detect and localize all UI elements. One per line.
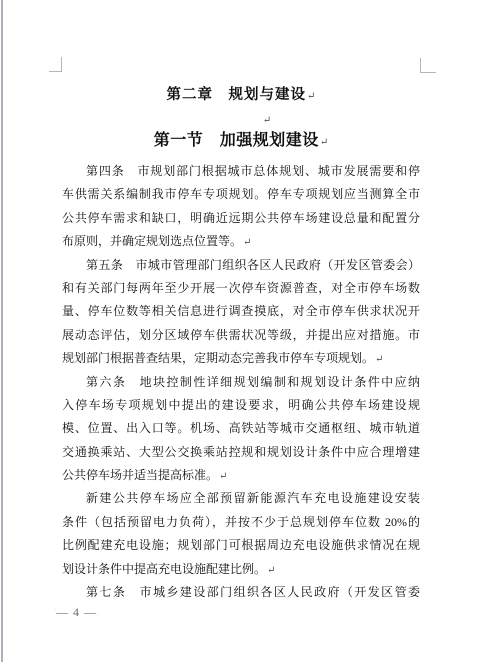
text-line[interactable]: 展动态评估，划分区域停车供需状况等级，并提出应对措施。市 [62,324,420,347]
paragraph-mark-icon: ↵ [267,565,275,576]
paragraph-mark-icon: ↵ [375,354,383,365]
text-line[interactable]: 量、停车位数等相关信息进行调查摸底，对全市停车供求状况开 [62,300,420,323]
section-heading[interactable]: 第一节 加强规划建设↵ [62,129,420,153]
text-line[interactable]: 第七条 市城乡建设部门组织各区人民政府（开发区管委 [62,581,420,604]
text-line[interactable]: 车供需关系编制我市停车专项规划。停车专项规划应当测算全市 [62,183,420,206]
paragraph-mark-icon: ↵ [219,471,227,482]
text-line[interactable]: 比例配建充电设施；规划部门可根据周边充电设施供求情况在规 [62,534,420,557]
text-line[interactable]: 第五条 市城市管理部门组织各区人民政府（开发区管委会） [62,254,420,277]
page-number: ·— 4 —· [54,602,99,618]
paragraph[interactable]: 第六条 地块控制性详细规划编制和规划设计条件中应纳入停车场专项规划中提出的建设要… [62,371,420,488]
text-line[interactable]: 第六条 地块控制性详细规划编制和规划设计条件中应纳 [62,371,420,394]
chapter-heading[interactable]: 第二章 规划与建设↵ [62,84,420,107]
text-line[interactable]: 交通换乘站、大型公交换乘站控规和规划设计条件中应合理增建 [62,441,420,464]
page-edge-line [1,0,3,662]
text-line[interactable]: 布原则，并确定规划选点位置等。↵ [62,230,420,253]
paragraph-mark-icon: ↵ [307,91,315,102]
paragraph[interactable]: 第七条 市城乡建设部门组织各区人民政府（开发区管委 [62,581,420,604]
margin-crop-mark-top-right-icon [420,58,436,73]
chapter-heading-text: 第二章 规划与建设 [167,87,307,103]
text-line[interactable]: 第四条 市规划部门根据城市总体规划、城市发展需要和停 [62,160,420,183]
paragraph[interactable]: 第五条 市城市管理部门组织各区人民政府（开发区管委会）和有关部门每两年至少开展一… [62,254,420,371]
text-line[interactable]: 公共停车场并适当提高标准。↵ [62,464,420,487]
document-body[interactable]: 第四条 市规划部门根据城市总体规划、城市发展需要和停车供需关系编制我市停车专项规… [62,160,420,604]
text-line[interactable]: 规划部门根据普查结果，定期动态完善我市停车专项规划。↵ [62,347,420,370]
text-line[interactable]: 模、位置、出入口等。机场、高铁站等城市交通枢纽、城市轨道 [62,417,420,440]
section-heading-text: 第一节 加强规划建设 [154,132,319,149]
text-line[interactable]: 公共停车需求和缺口，明确近远期公共停车场建设总量和配置分 [62,207,420,230]
paragraph[interactable]: 新建公共停车场应全部预留新能源汽车充电设施建设安装条件（包括预留电力负荷），并按… [62,487,420,581]
text-line[interactable]: 划设计条件中提高充电设施配建比例。↵ [62,558,420,581]
text-line[interactable]: 条件（包括预留电力负荷），并按不少于总规划停车位数 20%的 [62,511,420,534]
margin-crop-mark-top-left-icon [49,57,62,72]
empty-paragraph[interactable]: ↵ [62,108,420,130]
paragraph-mark-icon: ↵ [243,237,251,248]
text-line[interactable]: 和有关部门每两年至少开展一次停车资源普查，对全市停车场数 [62,277,420,300]
text-line[interactable]: 入停车场专项规划中提出的建设要求，明确公共停车场建设规 [62,394,420,417]
document-page[interactable]: 第二章 规划与建设↵ ↵ 第一节 加强规划建设↵ 第四条 市规划部门根据城市总体… [0,0,477,662]
page-number-text: — 4 — [56,605,97,619]
anchor-mark-icon: · [97,612,99,618]
paragraph-mark-icon: ↵ [263,115,271,126]
paragraph[interactable]: 第四条 市规划部门根据城市总体规划、城市发展需要和停车供需关系编制我市停车专项规… [62,160,420,254]
paragraph-mark-icon: ↵ [320,137,328,148]
text-line[interactable]: 新建公共停车场应全部预留新能源汽车充电设施建设安装 [62,487,420,510]
